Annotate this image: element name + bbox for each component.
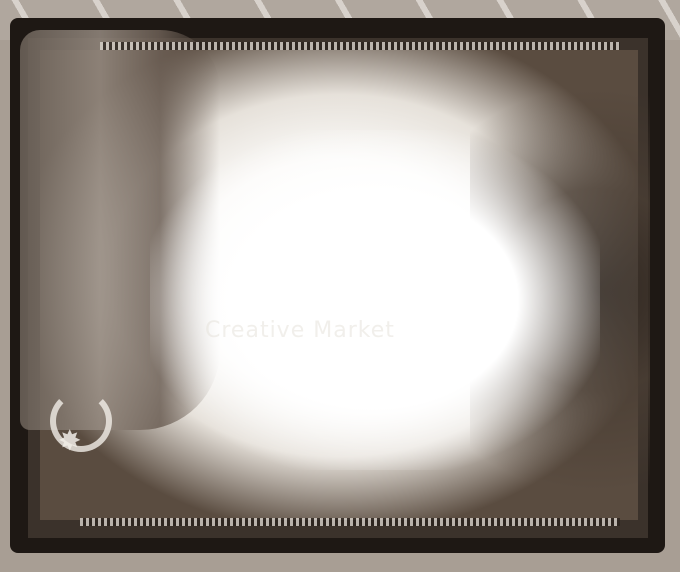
star-ornament-icon: ✸ <box>58 424 81 457</box>
watermark: Creative Market <box>205 318 395 343</box>
center-white-glow <box>150 130 600 470</box>
grunge-frame-canvas: ✸ Creative Market <box>0 0 680 572</box>
top-tread-rail <box>100 42 620 50</box>
bottom-tread-rail <box>80 518 620 526</box>
